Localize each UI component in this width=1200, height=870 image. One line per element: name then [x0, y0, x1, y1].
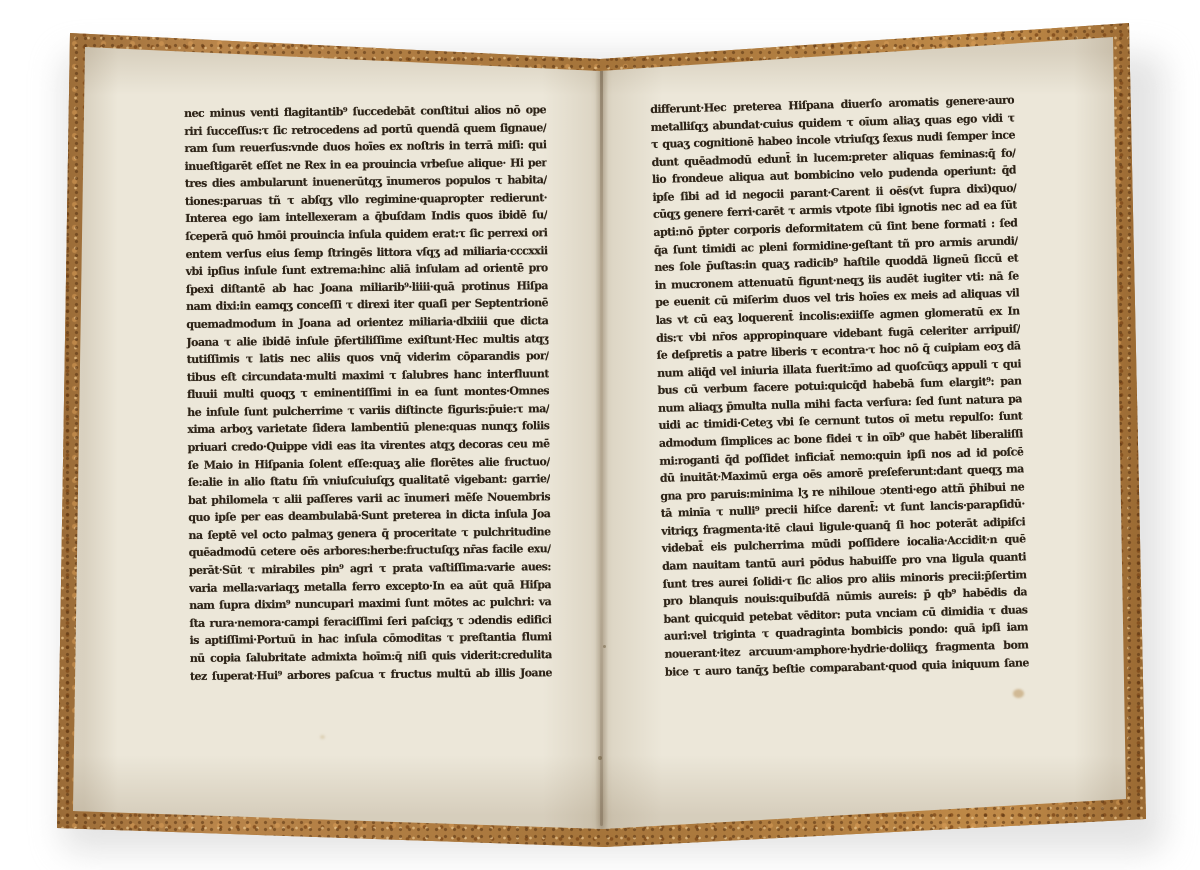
- foxing-spot: [320, 735, 325, 739]
- left-page-text: nec minus venti flagitantib⁹ ſuccedebāt …: [184, 101, 552, 685]
- foxing-spot: [603, 645, 606, 648]
- text-line: tez ſuperat·Hui⁹ arbores paſcua τ fructu…: [190, 664, 552, 685]
- foxing-spot: [1013, 689, 1024, 698]
- book-gutter-crease: [600, 64, 603, 826]
- right-page-text: differunt·Hec preterea Hiſpana diuerſo a…: [650, 91, 1029, 680]
- book-pages: nec minus venti flagitantib⁹ ſuccedebāt …: [0, 0, 1200, 870]
- photograph-background: nec minus venti flagitantib⁹ ſuccedebāt …: [0, 0, 1200, 870]
